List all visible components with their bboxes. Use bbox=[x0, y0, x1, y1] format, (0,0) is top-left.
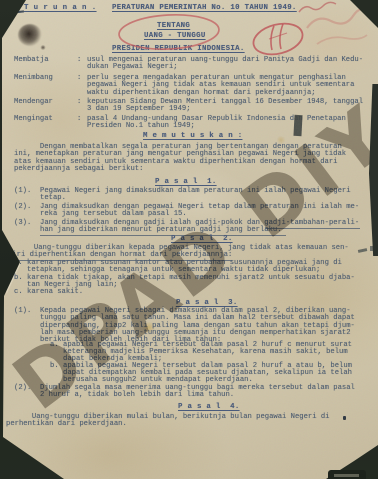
article-heading: P a s a l 1. bbox=[155, 179, 217, 186]
red-scribble bbox=[296, 1, 340, 17]
colon: : bbox=[77, 75, 87, 97]
preamble-item: Menimbang : perlu segera mengadakan pera… bbox=[14, 75, 354, 97]
paper-page: T u r u n a n . PERATURAN PEMERINTAH No.… bbox=[0, 0, 378, 479]
colon: : bbox=[77, 57, 87, 72]
item-number: (2). bbox=[14, 204, 40, 219]
preamble-text: usul mengenai peraturan uang-tunggu dari… bbox=[87, 57, 363, 72]
decision-heading: M e m u t u s k a n : bbox=[143, 133, 242, 140]
copy-label: T u r u n a n . bbox=[24, 5, 97, 12]
item-number: (1). bbox=[14, 188, 40, 203]
item-number: (3). bbox=[14, 220, 40, 235]
preamble-text: perlu segera mengadakan peraturan untuk … bbox=[87, 75, 354, 97]
red-scribble-faint bbox=[303, 6, 375, 54]
preamble-label: Mengingat bbox=[14, 116, 77, 131]
authority-title: PRESIDEN REPUBLIK INDONESIA. bbox=[112, 46, 245, 53]
preamble-label: Mendengar bbox=[14, 99, 77, 114]
preamble-item: Mendengar : keputusan Sidang Dewan Mente… bbox=[14, 99, 363, 114]
subject-title: UANG - TUNGGU bbox=[144, 33, 206, 40]
ink-speck bbox=[370, 246, 373, 251]
preamble-label: Menimbang bbox=[14, 75, 77, 97]
preamble-label: Membatja bbox=[14, 57, 77, 72]
ink-speck bbox=[343, 416, 346, 420]
colon: : bbox=[77, 99, 87, 114]
background-object bbox=[334, 474, 359, 477]
point-letter: a. bbox=[14, 260, 27, 275]
point-text: karena sakit. bbox=[27, 289, 83, 296]
document-scan: T u r u n a n . PERATURAN PEMERINTAH No.… bbox=[0, 0, 378, 479]
article-heading: P a s a l 4. bbox=[178, 404, 240, 411]
document-title: PERATURAN PEMERINTAH No. 10 TAHUN 1949. bbox=[112, 5, 297, 12]
subject-label: TENTANG bbox=[157, 23, 190, 30]
pen-tick-mark bbox=[13, 10, 24, 14]
ink-blot bbox=[40, 45, 46, 50]
ink-blot bbox=[18, 24, 42, 46]
colon: : bbox=[77, 116, 87, 131]
article-point: c. karena sakit. bbox=[14, 289, 83, 296]
preamble-item: Membatja : usul mengenai peraturan uang-… bbox=[14, 57, 363, 72]
point-letter: c. bbox=[14, 289, 27, 296]
ink-speck bbox=[358, 248, 367, 252]
point-letter: b. bbox=[14, 275, 27, 290]
